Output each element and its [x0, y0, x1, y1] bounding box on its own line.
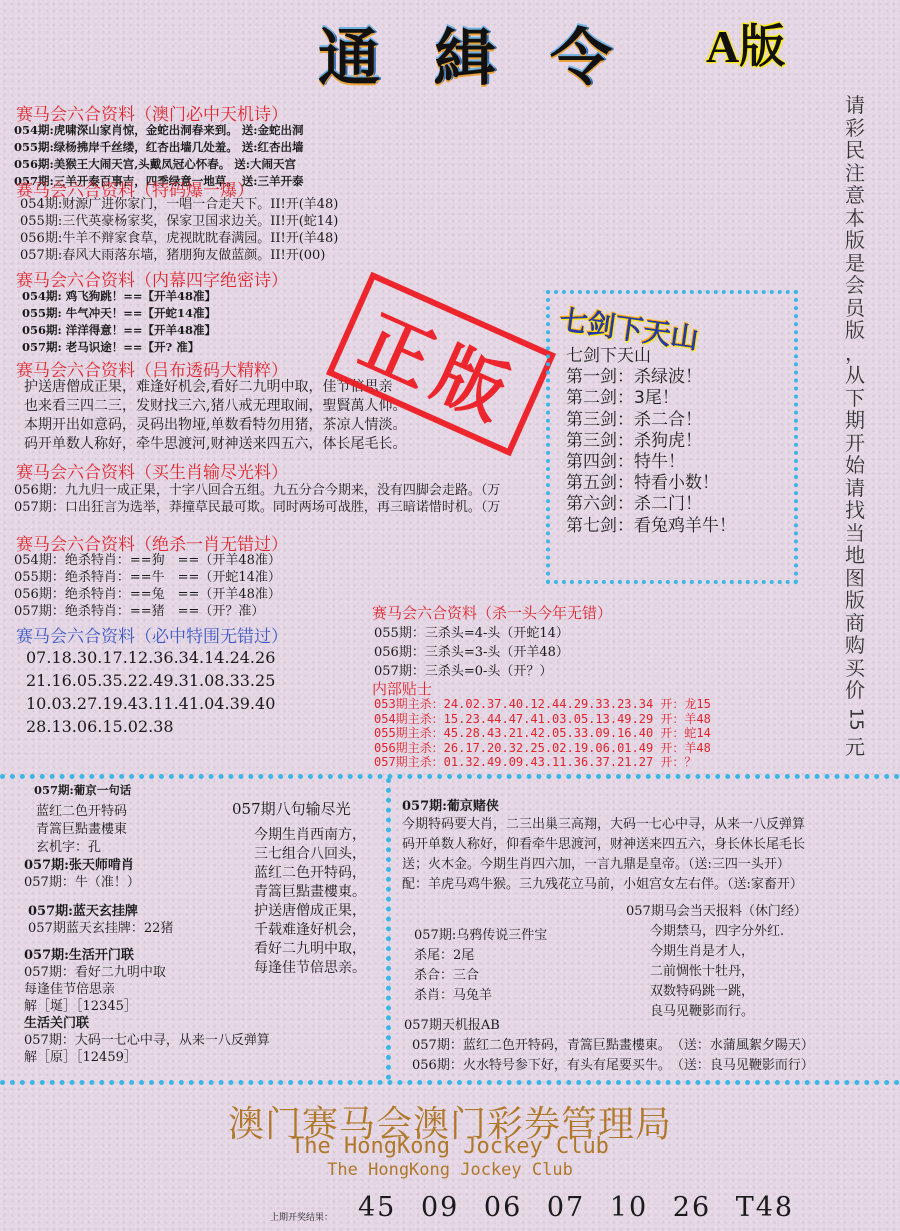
number-row: 07.18.30.17.12.36.34.14.24.26 — [26, 646, 275, 669]
list-item: 056期:牛羊不辩家食草，虎视眈眈春满园。II!开(羊48) — [20, 230, 338, 247]
list-item: 杀肖：马兔羊 — [414, 986, 547, 1006]
list-item: 解［埏］［12345］ — [24, 998, 270, 1015]
list-item: 解［原］［12459］ — [24, 1049, 270, 1066]
list-item: 第六剑：杀二门！ — [566, 494, 736, 515]
lower-left-column: 057期:葡京一句话 蓝红二色开特码 青篙巨點畫樓東 玄机字：孔 057期:张天… — [24, 782, 270, 1066]
side-notice-char: 会 — [840, 274, 870, 297]
section-neibu: 053期主杀：24.02.37.40.12.44.29.33.23.34 开：龙… — [374, 697, 711, 770]
list-item: 二前惆怅十牡丹， — [650, 962, 807, 982]
side-notice-char: 地 — [840, 544, 870, 567]
side-notice-char: 图 — [840, 567, 870, 590]
list-item: 054期:财源广进你家门，一唱一合走天下。II!开(羊48) — [20, 196, 338, 213]
list-item: 056期：三杀头=3-头（开羊48） — [374, 643, 569, 662]
list-item: 057期：口出狂言为选举，莽撞草民最可欺。同时两场可战胜，再三暗诺惜时机。（万 — [14, 499, 500, 516]
side-notice-char: 本 — [840, 207, 870, 230]
side-notice-char: 商 — [840, 612, 870, 635]
section-maishengxiao: 056期：九九归一成正果，十字八回合五组。九五分合今期来，没有四脚会走路。（万 … — [14, 482, 500, 516]
list-item: 双数特码跳一跳， — [650, 982, 807, 1002]
list-item: 玄机字：孔 — [36, 839, 270, 857]
list-item: 057期：绝杀特肖：==猪 ==（开？准） — [14, 603, 281, 620]
side-notice-char: 注 — [840, 162, 870, 185]
list-item: 今期特码要大肖，二三出巢三高翔，大码一七心中寻，从来一八反弹算 — [402, 815, 805, 835]
list-item: 056期：火水特号参下好，有头有尾要买牛。 （送：良马见鞭影而行） — [412, 1056, 814, 1076]
list-item: 蓝红二色开特码， — [254, 864, 366, 883]
side-notice-char: 价 — [840, 679, 870, 702]
bajuju-title: 057期八句输尽光 — [232, 800, 351, 819]
section-title-maishengxiao: 赛马会六合资料（买生肖输尽光料） — [16, 458, 288, 483]
list-item: 青篙巨點畫樓東。 — [254, 883, 366, 902]
result-number: 10 — [610, 1192, 648, 1223]
list-item: 三七组合八回头， — [254, 845, 366, 864]
section-neimu: 054期: 鸡飞狗跳！==【开羊48准】 055期: 牛气冲天！==【开蛇14准… — [22, 288, 216, 356]
list-item: 今期禁马，四字分外红. — [650, 922, 807, 942]
list-item: 今期生肖是才人， — [650, 942, 807, 962]
section-shayitou: 055期：三杀头=4-头（开蛇14） 056期：三杀头=3-头（开羊48） 05… — [374, 624, 569, 681]
side-notice-char: 买 — [840, 657, 870, 680]
section-bizhong: 07.18.30.17.12.36.34.14.24.26 21.16.05.3… — [26, 646, 275, 738]
list-item: 千载难逢好机会， — [254, 921, 366, 940]
list-item: 第二剑：3尾！ — [566, 388, 736, 409]
list-item: 057期：蓝红二色开特码，青篙巨點畫樓東。 （送：水蒲風絮夕陽天） — [412, 1036, 814, 1056]
side-notice-char: 始 — [840, 454, 870, 477]
list-item: 057期: 老马识途！==【开? 准】 — [22, 339, 216, 356]
list-item: 054期：绝杀特肖：==狗 ==（开羊48准） — [14, 552, 281, 569]
side-notice-char: 版 — [840, 589, 870, 612]
result-label: 上期开奖结果： — [270, 1210, 333, 1223]
side-notice-char: 版 — [840, 229, 870, 252]
list-item: 杀尾：2尾 — [414, 946, 547, 966]
list-item: 054期:虎啸深山家肖惊，金蛇出洞春来到。 送:金蛇出洞 — [14, 122, 304, 139]
side-notice-char: 当 — [840, 522, 870, 545]
result-number: 07 — [547, 1192, 585, 1223]
guanmen-title: 生活关门联 — [24, 1015, 270, 1032]
list-item: 053期主杀：24.02.37.40.12.44.29.33.23.34 开：龙… — [374, 697, 711, 712]
list-item: 055期:三代英豪杨家奖，保家卫国求边关。II!开(蛇14) — [20, 213, 338, 230]
side-notice-char: 是 — [840, 252, 870, 275]
list-item: 057期:春风大雨落东墙，猪朋狗友做蓝颜。II!开(00) — [20, 247, 338, 264]
side-notice-char: 请 — [840, 477, 870, 500]
list-item: 057期主杀：01.32.49.09.43.11.36.37.21.27 开：？ — [374, 755, 711, 770]
kaimen-title: 057期:生活开门联 — [24, 947, 270, 964]
org-name-en-small: The HongKong Jockey Club — [0, 1160, 900, 1180]
lantian-title: 057期:蓝天玄挂牌 — [28, 903, 270, 920]
list-item: 054期: 鸡飞狗跳！==【开羊48准】 — [22, 288, 216, 305]
divider-vertical — [386, 778, 391, 1080]
section-title-shayitou: 赛马会六合资料（杀一头今年无错） — [372, 602, 612, 623]
zhangtianshi-line: 057期：牛（准！） — [24, 874, 270, 891]
zhangtianshi-title: 057期:张天师啃肖 — [24, 857, 270, 874]
list-item: 第五剑：特看小数！ — [566, 473, 736, 494]
list-item: 056期：九九归一成正果，十字八回合五组。九五分合今期来，没有四脚会走路。（万 — [14, 482, 500, 499]
section-tema: 054期:财源广进你家门，一唱一合走天下。II!开(羊48) 055期:三代英豪… — [20, 196, 338, 264]
side-notice-char: 意 — [840, 184, 870, 207]
pujing-yijuhua-title: 057期:葡京一句话 — [34, 782, 270, 799]
list-item: 第一剑：杀绿波！ — [566, 367, 736, 388]
number-row: 10.03.27.19.43.11.41.04.39.40 — [26, 692, 275, 715]
list-item: 今期生肖西南方， — [254, 826, 366, 845]
side-notice-char: 彩 — [840, 117, 870, 140]
section-jueshayixiao: 054期：绝杀特肖：==狗 ==（开羊48准） 055期：绝杀特肖：==牛 ==… — [14, 552, 281, 620]
divider-top — [0, 774, 900, 779]
list-item: 056期：绝杀特肖：==兔 ==（开羊48准） — [14, 586, 281, 603]
side-notice-char: 找 — [840, 499, 870, 522]
result-number: 26 — [673, 1192, 711, 1223]
side-notice-char: 民 — [840, 139, 870, 162]
result-number-special: T48 — [736, 1192, 794, 1223]
number-row: 21.16.05.35.22.49.31.08.33.25 — [26, 669, 275, 692]
section-lvbu: 护送唐僧成正果，难逢好机会,看好二九明中取，佳节倍思亲 也来看三四二三，发财找三… — [24, 378, 406, 454]
title-char-1: 通 — [318, 8, 380, 97]
number-row: 28.13.06.15.02.38 — [26, 715, 275, 738]
list-item: 第四剑：特牛！ — [566, 452, 736, 473]
list-item: 057期：大码一七心中寻，从来一八反弹算 — [24, 1032, 270, 1049]
section-qijian: 七剑下天山 第一剑：杀绿波！ 第二剑：3尾！ 第三剑：杀二合！ 第三剑：杀狗虎！… — [566, 346, 736, 537]
tianjibao-title: 057期天机报AB — [404, 1016, 814, 1036]
list-item: 055期：三杀头=4-头（开蛇14） — [374, 624, 569, 643]
org-name-en-large: The HongKong Jockey Club — [0, 1134, 900, 1159]
wuya: 057期:乌鸦传说三件宝 杀尾：2尾 杀合：三合 杀肖：马兔羊 — [414, 926, 547, 1006]
list-item: 七剑下天山 — [566, 346, 736, 367]
divider-bottom — [0, 1080, 900, 1085]
bajuju-poem: 今期生肖西南方， 三七组合八回头， 蓝红二色开特码， 青篙巨點畫樓東。 护送唐僧… — [254, 826, 366, 978]
list-item: 055期：绝杀特肖：==牛 ==（开蛇14准） — [14, 569, 281, 586]
result-number: 06 — [484, 1192, 522, 1223]
side-notice-char: 购 — [840, 634, 870, 657]
pujing-duxia-title: 057期:葡京赌侠 — [402, 798, 805, 815]
list-item: 每逢佳节倍思亲 — [24, 981, 270, 998]
list-item: 青篙巨點畫樓東 — [36, 821, 270, 839]
list-item: 送；火木金。今期生肖四六加，一言九鼎是皇帝。（送:三四一头开） — [402, 855, 805, 875]
xiumen-title: 057期马会当天报料（休门经） — [626, 902, 807, 922]
wuya-title: 057期:乌鸦传说三件宝 — [414, 926, 547, 946]
section-title-bizhong: 赛马会六合资料（必中特围无错过） — [16, 622, 288, 647]
side-notice-char: 下 — [840, 387, 870, 410]
list-item: 第三剑：杀狗虎！ — [566, 431, 736, 452]
section-title-neibu: 内部贴士 — [372, 678, 432, 699]
list-item: 056期:美猴王大闹天宫,头戴凤冠心怀春。 送:大闹天宫 — [14, 156, 304, 173]
title-char-2: 緝 — [434, 8, 496, 97]
side-notice-char: 从 — [840, 364, 870, 387]
list-item: 每逢佳节倍思亲。 — [254, 959, 366, 978]
list-item: 057期：看好二九明中取 — [24, 964, 270, 981]
side-notice-char: 开 — [840, 432, 870, 455]
side-notice-char: 元 — [840, 736, 870, 759]
list-item: 本期开出如意码，灵码出物垭,单数看特勿用猪，茶凉人情淡。 — [24, 416, 406, 435]
result-numbers: 45 09 06 07 10 26 T48 — [358, 1192, 808, 1223]
pujing-duxia: 057期:葡京赌侠 今期特码要大肖，二三出巢三高翔，大码一七心中寻，从来一八反弹… — [402, 798, 805, 895]
list-item: 第七剑：看兔鸡羊牛！ — [566, 516, 736, 537]
side-notice-char: 版 — [840, 319, 870, 342]
list-item: 055期主杀：45.28.43.21.42.05.33.09.16.40 开：蛇… — [374, 726, 711, 741]
list-item: 第三剑：杀二合！ — [566, 410, 736, 431]
list-item: 054期主杀：15.23.44.47.41.03.05.13.49.29 开：羊… — [374, 712, 711, 727]
tianjibao: 057期天机报AB 057期：蓝红二色开特码，青篙巨點畫樓東。 （送：水蒲風絮夕… — [404, 1016, 814, 1076]
edition-label: A版 — [706, 10, 785, 76]
side-notice: 请彩民注意本版是会员版，从下期开始请找当地图版商购买价15元 — [840, 94, 870, 759]
side-notice-char: ， — [840, 342, 870, 365]
side-notice-char: 员 — [840, 297, 870, 320]
side-notice-char: 15 — [844, 704, 867, 734]
result-number: 45 — [358, 1192, 396, 1223]
list-item: 配：羊虎马鸡牛猴。三九残花立马前，小姐宫女左右伴。（送:家畜开） — [402, 875, 805, 895]
list-item: 055期: 牛气冲天！==【开蛇14准】 — [22, 305, 216, 322]
list-item: 也来看三四二三，发财找三六,猪八戒无理取闹，聖賢萬人仰。 — [24, 397, 406, 416]
list-item: 护送唐僧成正果， — [254, 902, 366, 921]
list-item: 码开单数人称好，牵牛思渡河,财神送来四五六，体长尾毛长。 — [24, 435, 406, 454]
lantian-line: 057期蓝天玄挂牌：22猪 — [28, 920, 270, 937]
result-number: 09 — [421, 1192, 459, 1223]
list-item: 看好二九明中取， — [254, 940, 366, 959]
side-notice-char: 期 — [840, 409, 870, 432]
xiumen: 057期马会当天报料（休门经） 今期禁马，四字分外红. 今期生肖是才人， 二前惆… — [626, 902, 807, 1022]
title-char-3: 令 — [550, 8, 612, 97]
list-item: 055期:绿杨拂岸千丝缕，红杏出墙几处羞。 送:红杏出墙 — [14, 139, 304, 156]
side-notice-char: 请 — [840, 94, 870, 117]
list-item: 056期主杀：26.17.20.32.25.02.19.06.01.49 开：羊… — [374, 741, 711, 756]
list-item: 056期: 洋洋得意！==【开羊48准】 — [22, 322, 216, 339]
list-item: 码开单数人称好，仰看牵牛思渡河，财神送来四五六，身长休长尾毛长 — [402, 835, 805, 855]
list-item: 杀合：三合 — [414, 966, 547, 986]
